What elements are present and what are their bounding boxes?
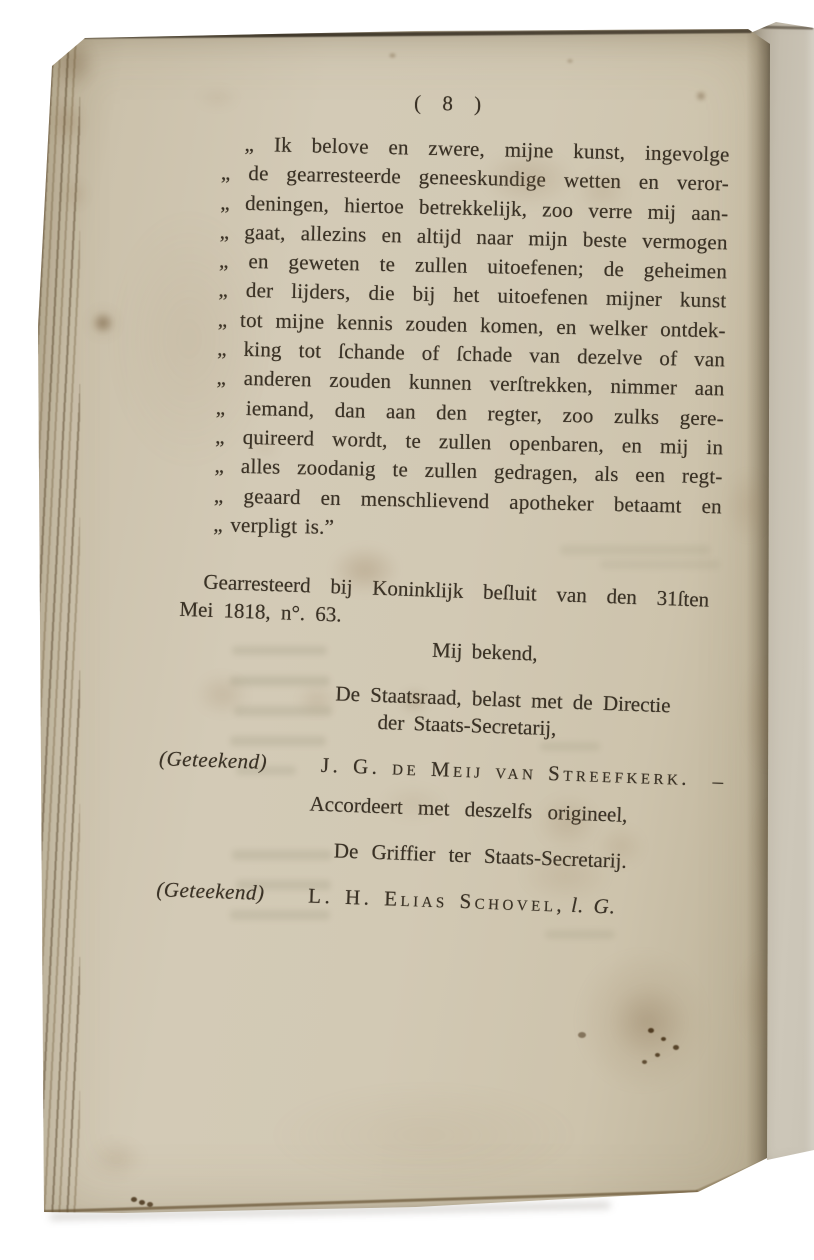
oath-paragraph: „ Ik belove en zwere, mijne kunst, ingev…: [213, 129, 730, 550]
stain: [695, 90, 707, 102]
signature-streefkerk: J. G. de Meij van Streefkerk.: [320, 751, 690, 793]
stain: [566, 58, 574, 64]
ink-speck: [661, 1037, 666, 1041]
page-number: ( 8 ): [159, 84, 743, 123]
signed-label: (Geteekend): [159, 744, 268, 777]
ink-speck: [655, 1053, 660, 1057]
ink-speck: [642, 1060, 647, 1064]
signed-label: (Geteekend): [156, 875, 265, 908]
stain: [398, 688, 430, 714]
decree-line: Mei 1818, n°. 63.: [179, 595, 342, 630]
stain: [195, 86, 240, 110]
stain: [52, 36, 96, 90]
book-photo: ( 8 ) „ Ik belove en zwere, mijne kunst,…: [0, 0, 814, 1260]
page-top-edge: [76, 29, 752, 39]
stain: [88, 1138, 146, 1180]
page-edge-stack: [38, 34, 80, 1214]
lower-text-block: Gearresteerd bij Koninklijk beſluit van …: [147, 566, 759, 947]
stain: [518, 848, 613, 903]
stain: [62, 178, 88, 210]
stain: [250, 436, 280, 460]
attestation-mij-bekend: Mij bekend,: [432, 636, 538, 669]
stain: [724, 468, 772, 543]
attestation-staatsraad: der Staats-Secretarij,: [377, 708, 557, 743]
facing-page-top-edge: [747, 25, 813, 29]
stray-dash: –: [712, 767, 724, 796]
stain: [195, 672, 250, 717]
stain: [575, 168, 630, 213]
stain: [480, 148, 575, 208]
stain: [535, 793, 600, 851]
ink-speck: [139, 1200, 145, 1205]
ink-speck: [147, 1202, 153, 1207]
stain: [296, 684, 338, 716]
stain: [330, 545, 400, 595]
stain: [378, 783, 448, 823]
stain: [264, 1080, 584, 1190]
ghost-text-showthrough: [600, 560, 720, 569]
ink-speck: [131, 1197, 137, 1202]
stain: [104, 204, 274, 474]
page-bottom-edge: [696, 1157, 770, 1192]
stain: [388, 52, 397, 59]
ink-speck: [673, 1045, 679, 1050]
ink-speck: [578, 1032, 586, 1038]
ink-speck: [648, 1028, 654, 1033]
book-page: ( 8 ) „ Ik belove en zwere, mijne kunst,…: [36, 26, 772, 1218]
stain: [50, 100, 84, 144]
